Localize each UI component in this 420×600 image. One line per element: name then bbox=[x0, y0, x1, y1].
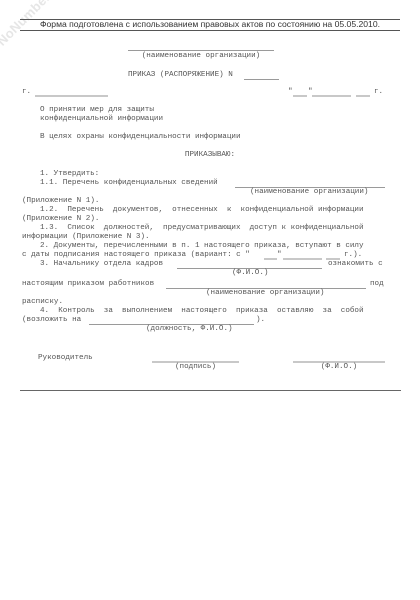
preamble: В целях охраны конфиденциальности информ… bbox=[40, 133, 241, 142]
subject-line-1: О принятии мер для защиты bbox=[40, 106, 154, 115]
header-bottom-rule bbox=[20, 30, 400, 31]
org-caption: (наименование организации) bbox=[120, 52, 282, 61]
order-title: ПРИКАЗ (РАСПОРЯЖЕНИЕ) N bbox=[128, 71, 233, 80]
item-4-line-2b: ). bbox=[256, 316, 265, 325]
date-suffix: г. bbox=[374, 88, 383, 97]
footer-rule bbox=[20, 390, 401, 391]
item-1-1: 1.1. Перечень конфиденциальных сведений bbox=[40, 179, 218, 188]
item-4-caption: (должность, Ф.И.О.) bbox=[146, 325, 233, 334]
item-2-line-1: 2. Документы, перечисленными в п. 1 наст… bbox=[40, 242, 364, 251]
item-2-month-line bbox=[283, 258, 322, 260]
item-1-1-tail: (Приложение N 1). bbox=[22, 197, 99, 206]
item-2-line-2b: " bbox=[277, 251, 282, 260]
signature-caption: (подпись) bbox=[152, 363, 239, 372]
item-1-2-line-2: (Приложение N 2). bbox=[22, 215, 99, 224]
item-2-line-2c: г.). bbox=[344, 251, 362, 260]
item-3-line-2a: настоящим приказом работников bbox=[22, 280, 154, 289]
name-caption: (Ф.И.О.) bbox=[293, 363, 385, 372]
order-number-line bbox=[244, 79, 279, 80]
item-4-line-2a: (возложить на bbox=[22, 316, 81, 325]
item-1: 1. Утвердить: bbox=[40, 170, 99, 179]
item-3-b: ознакомить с bbox=[328, 260, 383, 269]
item-1-2-line-1: 1.2. Перечень документов, отнесенных к к… bbox=[40, 206, 364, 215]
date-year-line bbox=[356, 95, 370, 97]
item-3-caption: (Ф.И.О.) bbox=[232, 269, 268, 278]
item-1-1-caption: (наименование организации) bbox=[250, 188, 368, 197]
date-quote-open: " bbox=[288, 88, 293, 97]
signature-role: Руководитель bbox=[38, 354, 93, 363]
subject-line-2: конфиденциальной информации bbox=[40, 115, 163, 124]
item-1-3-line-1: 1.3. Список должностей, предусматривающи… bbox=[40, 224, 364, 233]
city-line bbox=[35, 95, 108, 97]
item-1-3-line-2: информации (Приложение N 3). bbox=[22, 233, 150, 242]
item-3-tail: расписку. bbox=[22, 298, 63, 307]
item-3-a: 3. Начальнику отдела кадров bbox=[40, 260, 163, 269]
date-month-line bbox=[312, 95, 351, 97]
org-name-line bbox=[128, 50, 274, 51]
document-page: NoNumber.ru Форма подготовлена с использ… bbox=[0, 0, 420, 600]
item-4-line-1: 4. Контроль за выполнением настоящего пр… bbox=[40, 307, 364, 316]
item-2-day-line bbox=[264, 258, 277, 260]
city-prefix: г. bbox=[22, 88, 31, 97]
order-word: ПРИКАЗЫВАЮ: bbox=[0, 151, 420, 160]
item-3-line-2b: под bbox=[370, 280, 384, 289]
item-3-caption-2: (наименование организации) bbox=[206, 289, 324, 298]
item-2-line-2a: с даты подписания настоящего приказа (ва… bbox=[22, 251, 250, 260]
date-day-line bbox=[293, 95, 307, 97]
header-note: Форма подготовлена с использованием прав… bbox=[20, 19, 400, 30]
